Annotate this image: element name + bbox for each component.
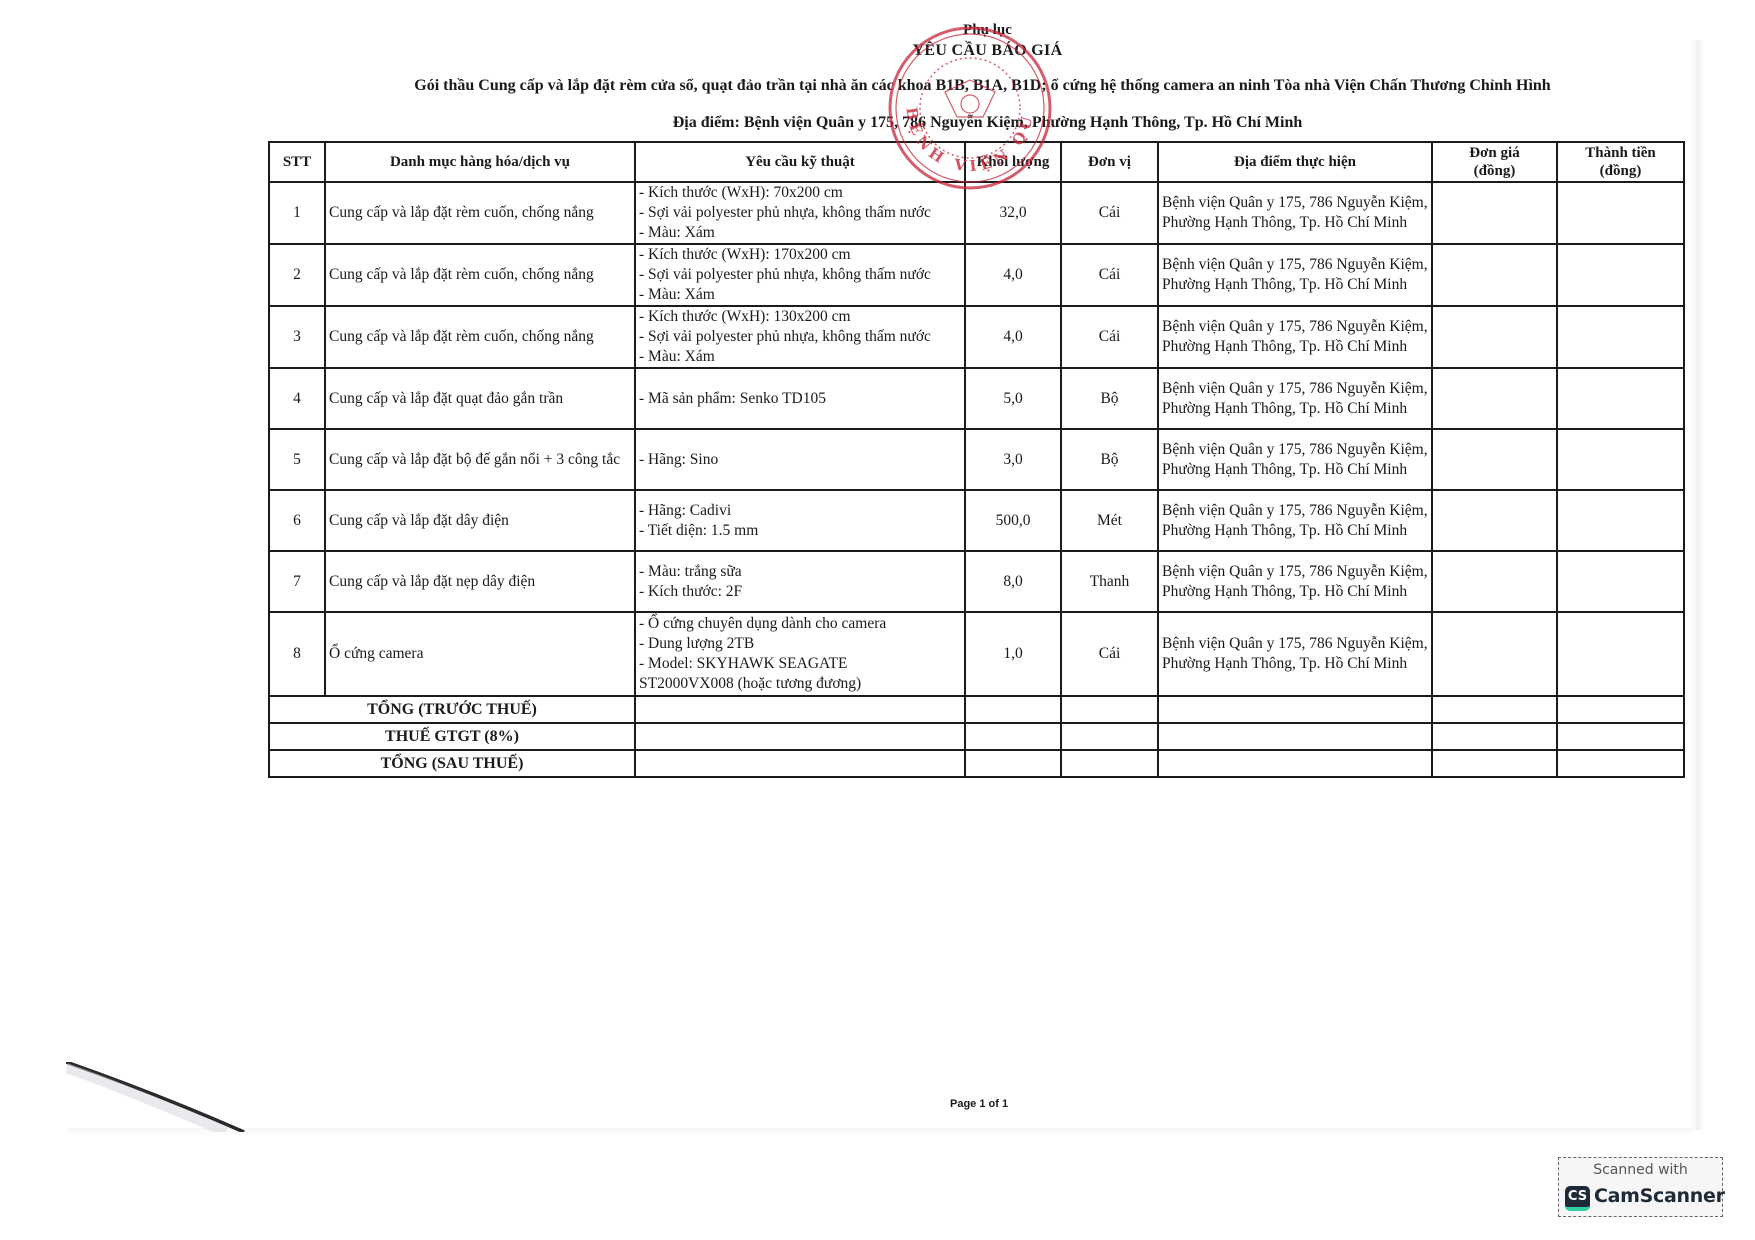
row-location: Bệnh viện Quân y 175, 786 Nguyễn Kiệm, P… xyxy=(1158,612,1432,696)
bid-package-subtitle: Gói thầu Cung cấp và lắp đặt rèm cửa sổ,… xyxy=(375,77,1590,95)
row-item-name: Cung cấp và lắp đặt dây điện xyxy=(325,490,635,551)
row-stt: 3 xyxy=(269,306,325,368)
summary-total-cell xyxy=(1557,750,1684,777)
quotation-table: STT Danh mục hàng hóa/dịch vụ Yêu cầu kỹ… xyxy=(268,141,1685,778)
header-technical-spec: Yêu cầu kỹ thuật xyxy=(635,142,965,182)
appendix-label: Phụ lục xyxy=(0,22,1755,39)
row-stt: 5 xyxy=(269,429,325,490)
row-stt: 2 xyxy=(269,244,325,306)
spec-line: - Dung lượng 2TB xyxy=(639,634,961,654)
row-stt: 6 xyxy=(269,490,325,551)
spec-line: - Kích thước (WxH): 70x200 cm xyxy=(639,183,961,203)
row-unit: Cái xyxy=(1061,612,1158,696)
row-item-name: Cung cấp và lắp đặt bộ đế gắn nổi + 3 cô… xyxy=(325,429,635,490)
spec-line: - Kích thước: 2F xyxy=(639,582,961,602)
row-unit-price xyxy=(1432,551,1557,612)
summary-row: TỔNG (SAU THUẾ) xyxy=(269,750,1684,777)
summary-qty-cell xyxy=(965,696,1061,723)
row-quantity: 1,0 xyxy=(965,612,1061,696)
row-unit-price xyxy=(1432,306,1557,368)
spec-line: - Sợi vải polyester phủ nhựa, không thấm… xyxy=(639,327,961,347)
row-unit: Mét xyxy=(1061,490,1158,551)
spec-line: - Màu: trắng sữa xyxy=(639,562,961,582)
summary-row: TỔNG (TRƯỚC THUẾ) xyxy=(269,696,1684,723)
summary-unit-cell xyxy=(1061,696,1158,723)
page-number: Page 1 of 1 xyxy=(950,1098,1008,1110)
header-quantity: Khối lượng xyxy=(965,142,1061,182)
row-unit-price xyxy=(1432,368,1557,429)
table-body: 1Cung cấp và lắp đặt rèm cuốn, chống nắn… xyxy=(269,182,1684,777)
summary-location-cell xyxy=(1158,696,1432,723)
spec-line: - Kích thước (WxH): 130x200 cm xyxy=(639,307,961,327)
row-quantity: 32,0 xyxy=(965,182,1061,244)
header-location: Địa điểm thực hiện xyxy=(1158,142,1432,182)
page-curl-shadow xyxy=(66,1062,266,1132)
table-row: 6Cung cấp và lắp đặt dây điện- Hãng: Cad… xyxy=(269,490,1684,551)
row-total xyxy=(1557,429,1684,490)
row-unit: Thanh xyxy=(1061,551,1158,612)
summary-label: TỔNG (SAU THUẾ) xyxy=(269,750,635,777)
row-unit: Bộ xyxy=(1061,368,1158,429)
summary-unit-cell xyxy=(1061,723,1158,750)
row-stt: 7 xyxy=(269,551,325,612)
summary-spec-cell xyxy=(635,750,965,777)
row-unit-price xyxy=(1432,429,1557,490)
spec-line: ST2000VX008 (hoặc tương đương) xyxy=(639,674,961,694)
row-stt: 1 xyxy=(269,182,325,244)
row-item-name: Cung cấp và lắp đặt rèm cuốn, chống nắng xyxy=(325,182,635,244)
row-technical-spec: - Màu: trắng sữa- Kích thước: 2F xyxy=(635,551,965,612)
camscanner-watermark: Scanned with CS CamScanner xyxy=(1558,1157,1723,1217)
row-unit: Cái xyxy=(1061,244,1158,306)
row-location: Bệnh viện Quân y 175, 786 Nguyễn Kiệm, P… xyxy=(1158,368,1432,429)
spec-line: - Ổ cứng chuyên dụng dành cho camera xyxy=(639,614,961,634)
summary-label: THUẾ GTGT (8%) xyxy=(269,723,635,750)
table-row: 5Cung cấp và lắp đặt bộ đế gắn nổi + 3 c… xyxy=(269,429,1684,490)
page-edge-shadow xyxy=(1690,40,1704,1130)
spec-line: - Hãng: Sino xyxy=(639,450,961,470)
header-item-name: Danh mục hàng hóa/dịch vụ xyxy=(325,142,635,182)
document-title: YÊU CẦU BÁO GIÁ xyxy=(0,42,1755,60)
row-stt: 4 xyxy=(269,368,325,429)
spec-line: - Sợi vải polyester phủ nhựa, không thấm… xyxy=(639,203,961,223)
row-total xyxy=(1557,612,1684,696)
row-technical-spec: - Mã sản phẩm: Senko TD105 xyxy=(635,368,965,429)
spec-line: - Màu: Xám xyxy=(639,223,961,243)
header-stt: STT xyxy=(269,142,325,182)
row-unit-price xyxy=(1432,490,1557,551)
summary-total-cell xyxy=(1557,723,1684,750)
summary-qty-cell xyxy=(965,750,1061,777)
row-item-name: Ổ cứng camera xyxy=(325,612,635,696)
spec-line: - Sợi vải polyester phủ nhựa, không thấm… xyxy=(639,265,961,285)
header-unit-price-line2: (đồng) xyxy=(1436,162,1553,180)
header-total: Thành tiền (đồng) xyxy=(1557,142,1684,182)
row-total xyxy=(1557,551,1684,612)
spec-line: - Hãng: Cadivi xyxy=(639,501,961,521)
row-quantity: 5,0 xyxy=(965,368,1061,429)
row-total xyxy=(1557,182,1684,244)
header-unit: Đơn vị xyxy=(1061,142,1158,182)
row-total xyxy=(1557,490,1684,551)
table-row: 1Cung cấp và lắp đặt rèm cuốn, chống nắn… xyxy=(269,182,1684,244)
table-row: 4Cung cấp và lắp đặt quạt đảo gắn trần- … xyxy=(269,368,1684,429)
table-row: 3Cung cấp và lắp đặt rèm cuốn, chống nắn… xyxy=(269,306,1684,368)
row-location: Bệnh viện Quân y 175, 786 Nguyễn Kiệm, P… xyxy=(1158,182,1432,244)
row-technical-spec: - Ổ cứng chuyên dụng dành cho camera- Du… xyxy=(635,612,965,696)
header-unit-price-line1: Đơn giá xyxy=(1436,144,1553,162)
row-technical-spec: - Kích thước (WxH): 170x200 cm- Sợi vải … xyxy=(635,244,965,306)
summary-unit-price-cell xyxy=(1432,696,1557,723)
summary-spec-cell xyxy=(635,696,965,723)
row-unit: Cái xyxy=(1061,182,1158,244)
camscanner-name: CamScanner xyxy=(1594,1185,1725,1207)
spec-line: - Mã sản phẩm: Senko TD105 xyxy=(639,389,961,409)
header-unit-price: Đơn giá (đồng) xyxy=(1432,142,1557,182)
row-item-name: Cung cấp và lắp đặt quạt đảo gắn trần xyxy=(325,368,635,429)
row-quantity: 500,0 xyxy=(965,490,1061,551)
camscanner-logo-icon: CS xyxy=(1565,1186,1590,1211)
spec-line: - Màu: Xám xyxy=(639,347,961,367)
table-row: 2Cung cấp và lắp đặt rèm cuốn, chống nắn… xyxy=(269,244,1684,306)
row-unit: Bộ xyxy=(1061,429,1158,490)
row-unit-price xyxy=(1432,244,1557,306)
summary-unit-price-cell xyxy=(1432,750,1557,777)
row-item-name: Cung cấp và lắp đặt nẹp dây điện xyxy=(325,551,635,612)
row-quantity: 4,0 xyxy=(965,306,1061,368)
scanned-with-label: Scanned with xyxy=(1559,1162,1722,1178)
spec-line: - Màu: Xám xyxy=(639,285,961,305)
header-total-line2: (đồng) xyxy=(1561,162,1680,180)
row-unit-price xyxy=(1432,182,1557,244)
row-location: Bệnh viện Quân y 175, 786 Nguyễn Kiệm, P… xyxy=(1158,429,1432,490)
summary-location-cell xyxy=(1158,750,1432,777)
row-location: Bệnh viện Quân y 175, 786 Nguyễn Kiệm, P… xyxy=(1158,551,1432,612)
table-row: 7Cung cấp và lắp đặt nẹp dây điện- Màu: … xyxy=(269,551,1684,612)
summary-unit-cell xyxy=(1061,750,1158,777)
summary-label: TỔNG (TRƯỚC THUẾ) xyxy=(269,696,635,723)
row-unit-price xyxy=(1432,612,1557,696)
spec-line: - Model: SKYHAWK SEAGATE xyxy=(639,654,961,674)
header-total-line1: Thành tiền xyxy=(1561,144,1680,162)
row-total xyxy=(1557,368,1684,429)
summary-total-cell xyxy=(1557,696,1684,723)
summary-location-cell xyxy=(1158,723,1432,750)
row-quantity: 4,0 xyxy=(965,244,1061,306)
spec-line: - Tiết diện: 1.5 mm xyxy=(639,521,961,541)
summary-row: THUẾ GTGT (8%) xyxy=(269,723,1684,750)
page-bottom-edge xyxy=(68,1128,1693,1136)
row-technical-spec: - Kích thước (WxH): 70x200 cm- Sợi vải p… xyxy=(635,182,965,244)
spec-line: - Kích thước (WxH): 170x200 cm xyxy=(639,245,961,265)
row-technical-spec: - Hãng: Sino xyxy=(635,429,965,490)
location-line: Địa điểm: Bệnh viện Quân y 175, 786 Nguy… xyxy=(0,114,1755,132)
row-item-name: Cung cấp và lắp đặt rèm cuốn, chống nắng xyxy=(325,244,635,306)
row-item-name: Cung cấp và lắp đặt rèm cuốn, chống nắng xyxy=(325,306,635,368)
row-location: Bệnh viện Quân y 175, 786 Nguyễn Kiệm, P… xyxy=(1158,490,1432,551)
summary-qty-cell xyxy=(965,723,1061,750)
summary-unit-price-cell xyxy=(1432,723,1557,750)
row-total xyxy=(1557,244,1684,306)
row-quantity: 8,0 xyxy=(965,551,1061,612)
summary-spec-cell xyxy=(635,723,965,750)
row-quantity: 3,0 xyxy=(965,429,1061,490)
row-unit: Cái xyxy=(1061,306,1158,368)
row-technical-spec: - Kích thước (WxH): 130x200 cm- Sợi vải … xyxy=(635,306,965,368)
row-total xyxy=(1557,306,1684,368)
row-stt: 8 xyxy=(269,612,325,696)
table-header-row: STT Danh mục hàng hóa/dịch vụ Yêu cầu kỹ… xyxy=(269,142,1684,182)
table-row: 8Ổ cứng camera- Ổ cứng chuyên dụng dành … xyxy=(269,612,1684,696)
row-location: Bệnh viện Quân y 175, 786 Nguyễn Kiệm, P… xyxy=(1158,306,1432,368)
row-technical-spec: - Hãng: Cadivi- Tiết diện: 1.5 mm xyxy=(635,490,965,551)
row-location: Bệnh viện Quân y 175, 786 Nguyễn Kiệm, P… xyxy=(1158,244,1432,306)
